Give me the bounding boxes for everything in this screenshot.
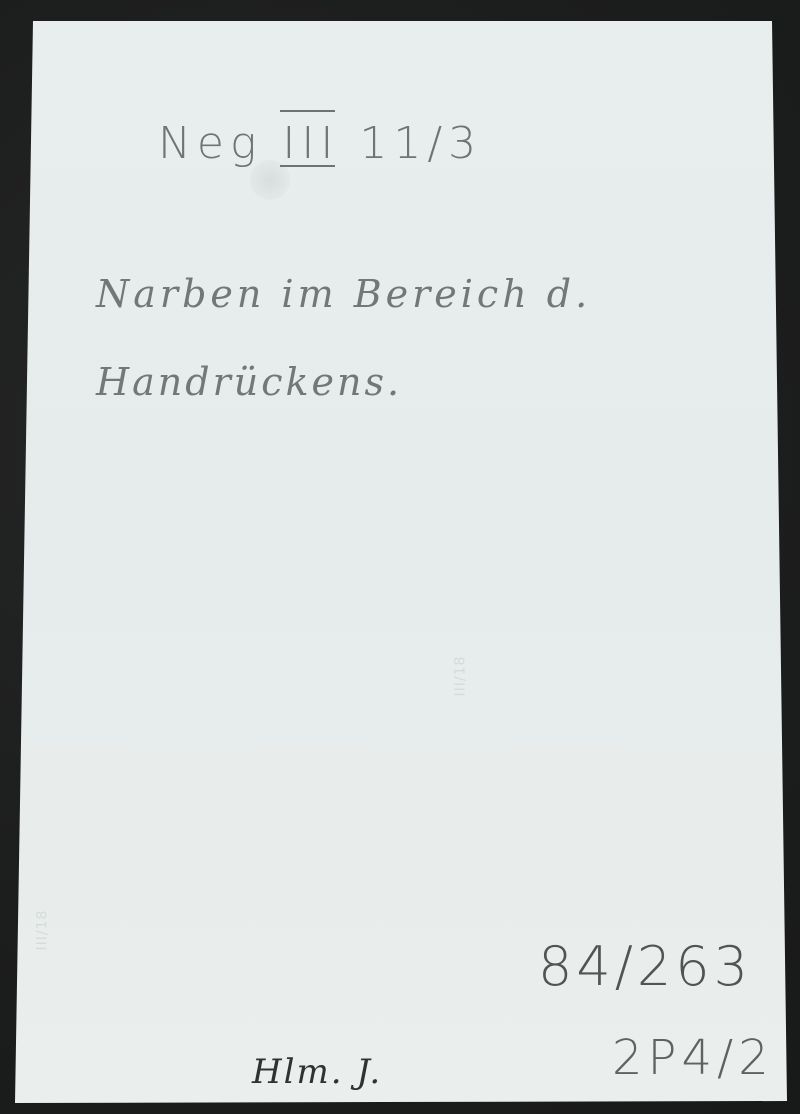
signature: Hlm. J. xyxy=(252,1052,382,1092)
faint-stamp-center: III/18 xyxy=(452,656,468,697)
negative-number: 11/3 xyxy=(359,118,482,169)
archive-number: 84/263 xyxy=(538,935,752,998)
scan-background: Neg III 11/3 Narben im Bereich d. Handrü… xyxy=(0,0,800,1114)
secondary-number: 2P4/2 xyxy=(612,1030,774,1086)
negative-roman-numeral: III xyxy=(282,118,339,169)
archive-card: Neg III 11/3 Narben im Bereich d. Handrü… xyxy=(0,0,800,1114)
faint-stamp-left: III/18 xyxy=(34,910,50,951)
negative-reference: Neg III 11/3 xyxy=(158,118,482,169)
caption-line-2: Handrückens. xyxy=(96,360,402,404)
caption-line-1: Narben im Bereich d. xyxy=(96,272,591,316)
negative-prefix: Neg xyxy=(158,118,262,169)
